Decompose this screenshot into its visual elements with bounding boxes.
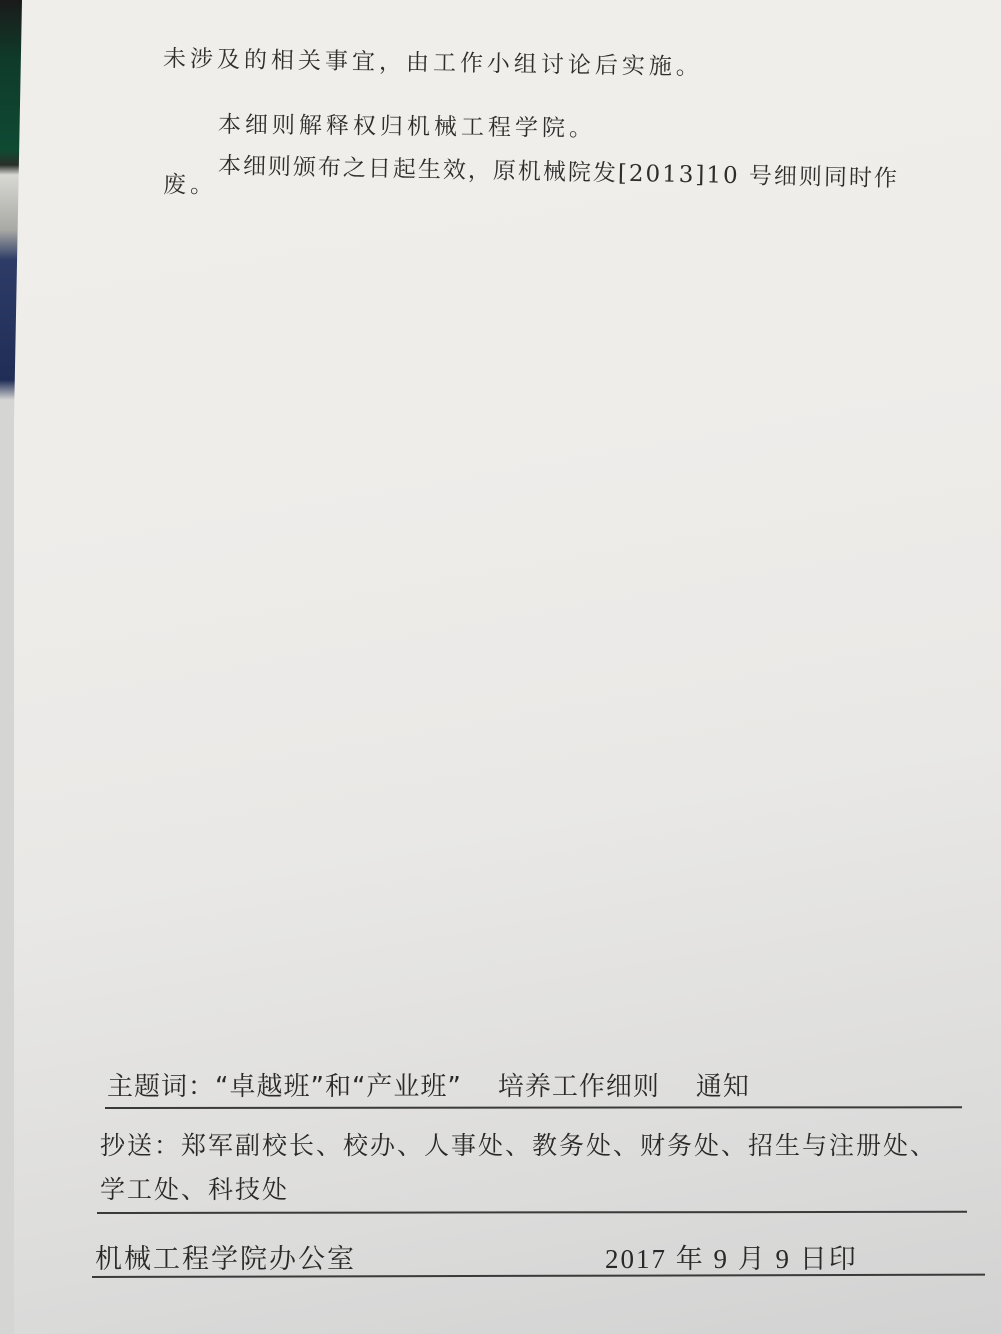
keyword-1: “卓越班”和“产业班” — [215, 1072, 462, 1102]
body-line-2: 本细则解释权归机械工程学院。 — [218, 106, 596, 143]
keyword-2: 培养工作细则 — [498, 1072, 660, 1102]
issuing-office: 机械工程学院办公室 — [95, 1237, 356, 1276]
body-line-4: 废。 — [163, 166, 217, 199]
print-date: 2017 年 9 月 9 日印 — [605, 1237, 858, 1276]
cc-recipients-line-1: 抄送：郑军副校长、校办、人事处、教务处、财务处、招生与注册处、 — [100, 1126, 937, 1162]
cc-recipients-line-2: 学工处、科技处 — [100, 1170, 289, 1206]
keyword-3: 通知 — [696, 1072, 750, 1102]
keywords-label: 主题词： — [107, 1072, 215, 1102]
subject-keywords: 主题词：“卓越班”和“产业班”培养工作细则通知 — [107, 1066, 750, 1103]
